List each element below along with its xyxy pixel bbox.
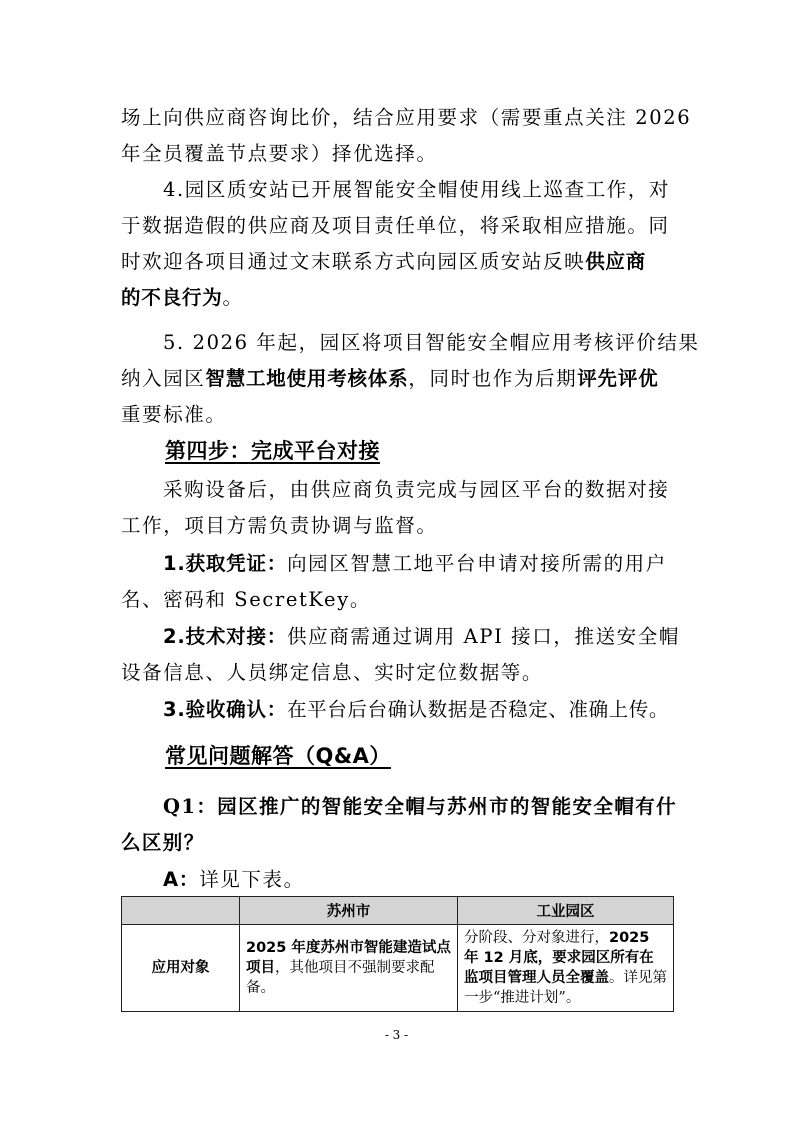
text: 。 [223, 286, 244, 309]
question: 么区别？ [121, 831, 205, 855]
text: 在平台后台确认数据是否稳定、准确上传。 [287, 698, 669, 721]
table-cell-suzhou: 2025 年度苏州市智能建造试点项目，其他项目不强制要求配备。 [240, 925, 458, 1012]
paragraph-line: 时欢迎各项目通过文末联系方式向园区质安站反映供应商 [121, 250, 676, 274]
paragraph-line: 重要标准。 [121, 403, 676, 427]
page-number: - 3 - [0, 1028, 793, 1042]
paragraph-line: 的不良行为。 [121, 286, 676, 310]
table-header-row: 苏州市 工业园区 [122, 897, 674, 925]
paragraph-line: 工作，项目方需负责协调与监督。 [121, 514, 676, 538]
bold-text: 供应商 [585, 250, 646, 273]
paragraph-line: 5. 2026 年起，园区将项目智能安全帽应用考核评价结果 [163, 331, 676, 355]
text: 向园区智慧工地平台申请对接所需的用户 [287, 552, 667, 575]
table-header-cell: 苏州市 [240, 897, 458, 925]
document-page: 场上向供应商咨询比价，结合应用要求（需要重点关注 2026 年全员覆盖节点要求）… [0, 0, 793, 1122]
step-item: 2.技术对接：供应商需通过调用 API 接口，推送安全帽 [163, 625, 676, 649]
text: 时欢迎各项目通过文末联系方式向园区质安站反映 [121, 250, 585, 273]
step-label: 1.获取凭证： [163, 552, 287, 575]
row-label: 应用对象 [122, 925, 240, 1012]
paragraph-line: 纳入园区智慧工地使用考核体系，同时也作为后期评先评优 [121, 367, 676, 391]
answer-label: A： [163, 868, 199, 891]
paragraph-line: 名、密码和 SecretKey。 [121, 588, 676, 612]
text: 纳入园区 [121, 367, 205, 390]
text: 分阶段、分对象进行， [464, 930, 609, 946]
paragraph-line: 采购设备后，由供应商负责完成与园区平台的数据对接 [163, 478, 676, 502]
section-heading: 第四步：完成平台对接 [165, 438, 380, 464]
paragraph-line: 4.园区质安站已开展智能安全帽使用线上巡查工作，对 [163, 178, 676, 202]
step-label: 2.技术对接： [163, 625, 287, 648]
step-item: 3.验收确认：在平台后台确认数据是否稳定、准确上传。 [163, 698, 676, 722]
paragraph-line: 设备信息、人员绑定信息、实时定位数据等。 [121, 661, 676, 685]
table-header-cell: 工业园区 [458, 897, 674, 925]
step-item: 1.获取凭证：向园区智慧工地平台申请对接所需的用户 [163, 552, 676, 576]
text: 供应商需通过调用 API 接口，推送安全帽 [287, 625, 680, 648]
paragraph-line: 于数据造假的供应商及项目责任单位，将采取相应措施。同 [121, 214, 676, 238]
comparison-table: 苏州市 工业园区 应用对象 2025 年度苏州市智能建造试点项目，其他项目不强制… [121, 896, 674, 1012]
bold-text: 评先评优 [577, 367, 658, 390]
section-heading: 常见问题解答（Q&A） [165, 743, 391, 769]
table-cell-park: 分阶段、分对象进行，2025 年 12 月底，要求园区所有在监项目管理人员全覆盖… [458, 925, 674, 1012]
bold-text: 的不良行为 [121, 286, 223, 309]
paragraph-line: 年全员覆盖节点要求）择优选择。 [121, 142, 676, 166]
table-row: 应用对象 2025 年度苏州市智能建造试点项目，其他项目不强制要求配备。 分阶段… [122, 925, 674, 1012]
paragraph-line: 场上向供应商咨询比价，结合应用要求（需要重点关注 2026 [121, 106, 676, 130]
text: 详见下表。 [199, 868, 305, 891]
bold-text: 智慧工地使用考核体系 [205, 367, 408, 390]
answer: A：详见下表。 [163, 868, 676, 892]
question: Q1：园区推广的智能安全帽与苏州市的智能安全帽有什 [163, 795, 677, 819]
step-label: 3.验收确认： [163, 698, 287, 721]
table-header-cell [122, 897, 240, 925]
text: ，同时也作为后期 [408, 367, 577, 390]
text: ，其他项目不强制要求配备。 [246, 960, 435, 996]
